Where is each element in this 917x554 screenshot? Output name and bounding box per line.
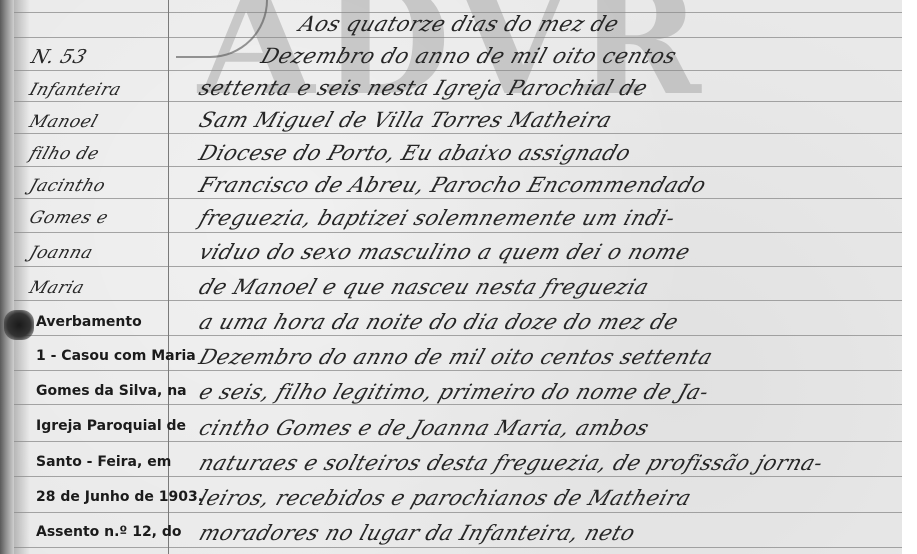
annotation-line: 1 - Casou com Maria [36,348,196,364]
record-line: moradores no lugar da Infanteira, neto [196,521,638,545]
ruled-line [14,133,902,134]
margin-line: Manoel [27,112,101,132]
ruled-line [14,441,902,442]
ruled-line [14,335,902,336]
record-line: naturaes e solteiros desta freguezia, de… [196,451,826,475]
record-line: de Manoel e que nasceu nesta freguezia [196,275,652,299]
record-line: Francisco de Abreu, Parocho Encommendado [196,173,709,197]
page-tab-mark [4,310,34,340]
ruled-line [14,37,902,38]
ruled-line [14,70,902,71]
margin-line: Maria [27,278,87,298]
annotation-line: Averbamento [36,314,142,330]
record-line: settenta e seis nesta Igreja Parochial d… [196,76,651,100]
ruled-line [14,101,902,102]
ruled-line [14,266,902,267]
record-line: Sam Miguel de Villa Torres Matheira [196,108,615,132]
register-page: ADVR N. 53 Infanteira Manoel filho de Ja… [0,0,902,554]
margin-line: Jacintho [27,176,108,196]
ruled-line [14,547,902,548]
ruled-line [14,512,902,513]
margin-line: Gomes e [27,208,111,228]
record-line: Dezembro do anno de mil oito centos sett… [196,345,716,369]
ruled-line [14,370,902,371]
ruled-line [14,404,902,405]
ruled-line [14,476,902,477]
annotation-line: Assento n.º 12, do [36,524,182,540]
record-line: Dezembro do anno de mil oito centos [258,44,680,68]
record-line: e seis, filho legitimo, primeiro do nome… [196,380,712,404]
annotation-line: Igreja Paroquial de [36,418,186,434]
ruled-line [14,198,902,199]
ruled-line [14,300,902,301]
ruled-line [14,166,902,167]
annotation-line: Santo - Feira, em [36,454,171,470]
record-line: freguezia, baptizei solemnemente um indi… [196,206,678,230]
record-line: leiros, recebidos e parochianos de Mathe… [196,486,694,510]
ruled-line [14,232,902,233]
record-line: Diocese do Porto, Eu abaixo assignado [196,141,634,165]
record-line: viduo do sexo masculino a quem dei o nom… [196,240,693,264]
record-line: Aos quatorze dias do mez de [296,12,622,36]
entry-number: N. 53 [28,46,89,68]
annotation-line: 28 de Junho de 1903. [36,489,203,505]
record-line: cintho Gomes e de Joanna Maria, ambos [196,416,652,440]
book-binding [0,0,14,554]
margin-line: Joanna [27,243,96,263]
margin-rule [168,0,169,554]
scan-border [902,0,917,554]
gutter-shadow [14,0,30,554]
annotation-line: Gomes da Silva, na [36,383,187,399]
record-line: a uma hora da noite do dia doze do mez d… [196,310,682,334]
margin-line: Infanteira [27,80,124,100]
margin-line: filho de [27,144,102,164]
